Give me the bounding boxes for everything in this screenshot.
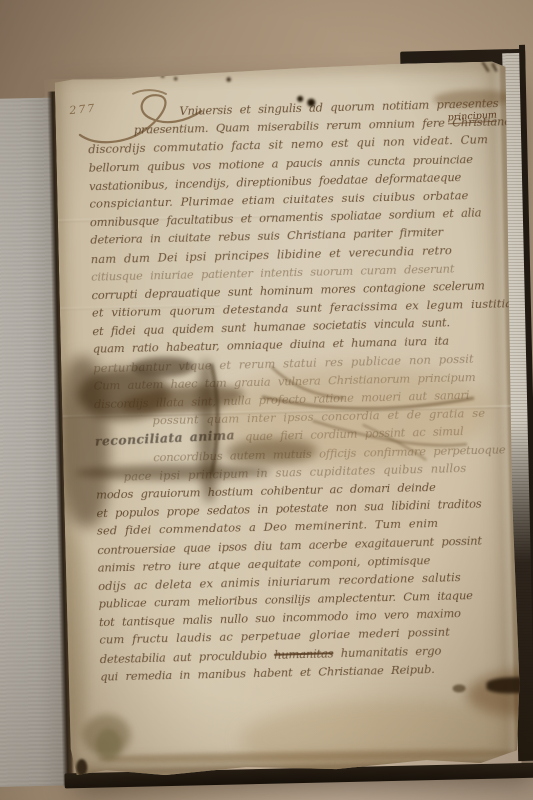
edge-speck [226,77,230,81]
edge-speck [174,77,177,80]
ink-dot [307,99,315,107]
edge-speck [161,74,164,77]
photo-canvas: { "manuscript": { "folio_number": "277",… [0,0,533,800]
corner-damage-marks [482,61,496,71]
stain-tendrils [54,61,521,777]
ink-dot [297,96,303,102]
open-book: 277 principum Vniuersis et singulis ad q… [0,0,533,800]
manuscript-page: 277 principum Vniuersis et singulis ad q… [54,61,521,777]
